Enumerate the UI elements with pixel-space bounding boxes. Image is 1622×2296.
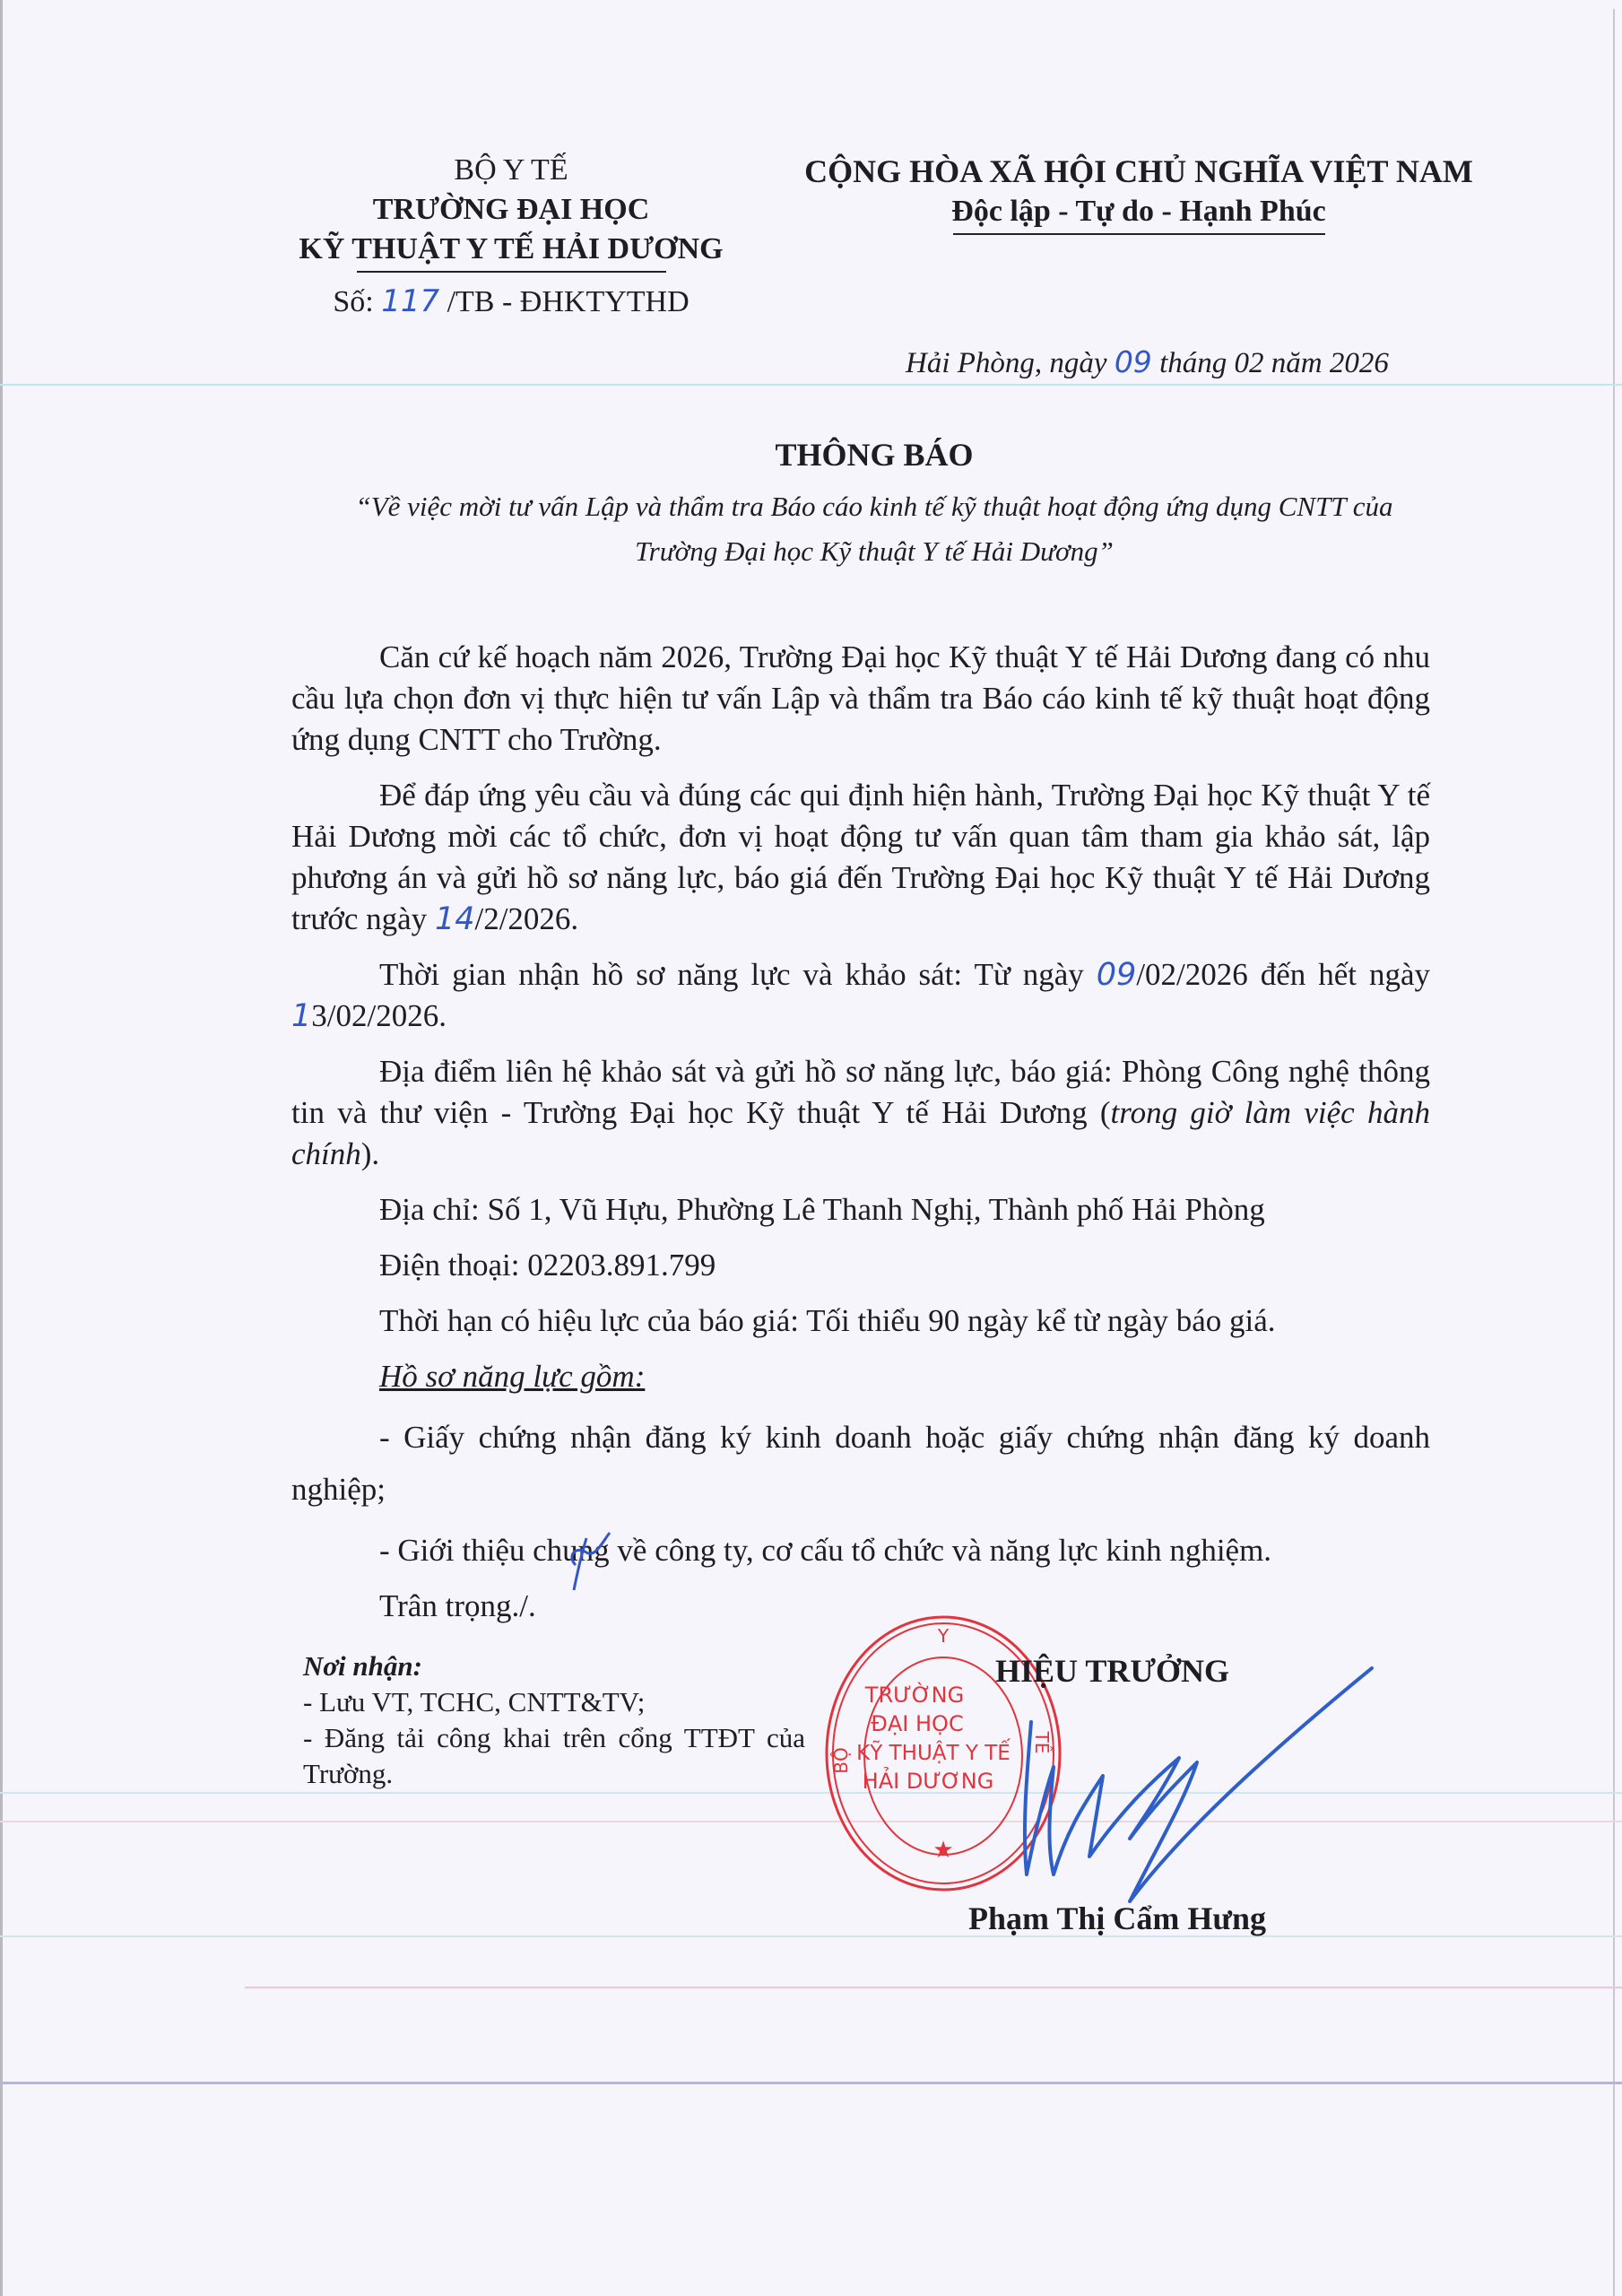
timeframe-prefix: Thời gian nhận hồ sơ năng lực và khảo sá… <box>379 957 1097 992</box>
document-title: THÔNG BÁO <box>269 436 1479 474</box>
dossier-item: - Giới thiệu chung về công ty, cơ cấu tổ… <box>291 1530 1430 1571</box>
national-header: CỘNG HÒA XÃ HỘI CHỦ NGHĨA VIỆT NAM Độc l… <box>780 151 1497 235</box>
paragraph-location: Địa điểm liên hệ khảo sát và gửi hồ sơ n… <box>291 1051 1430 1175</box>
scan-line <box>0 1935 1622 1937</box>
school-name-line2: KỸ THUẬT Y TẾ HẢI DƯƠNG <box>260 230 762 269</box>
address-line: Địa chỉ: Số 1, Vũ Hựu, Phường Lê Thanh N… <box>291 1189 1430 1231</box>
svg-text:BỘ: BỘ <box>830 1747 852 1773</box>
page-edge-right <box>1613 9 1615 2296</box>
date-suffix: tháng 02 năm 2026 <box>1152 347 1389 379</box>
document-subtitle: “Về việc mời tư vấn Lập và thẩm tra Báo … <box>269 484 1479 574</box>
paragraph-timeframe: Thời gian nhận hồ sơ năng lực và khảo sá… <box>291 954 1430 1037</box>
svg-text:HẢI DƯƠNG: HẢI DƯƠNG <box>863 1766 994 1794</box>
svg-text:TRƯỜNG: TRƯỜNG <box>864 1681 964 1708</box>
end-day-handwritten: 1 <box>291 998 311 1034</box>
date-prefix: Hải Phòng, ngày <box>906 347 1115 379</box>
signature-icon <box>1004 1650 1381 1910</box>
scan-line <box>245 1987 1622 1988</box>
date-day-handwritten: 09 <box>1115 344 1152 379</box>
timeframe-end: 3/02/2026. <box>311 998 447 1033</box>
recipient-item: - Đăng tải công khai trên cổng TTĐT của … <box>303 1720 805 1792</box>
location-end: ). <box>361 1136 379 1171</box>
document-body: Căn cứ kế hoạch năm 2026, Trường Đại học… <box>291 637 1430 1627</box>
subtitle-line2: Trường Đại học Kỹ thuật Y tế Hải Dương” <box>269 529 1479 574</box>
start-day-handwritten: 09 <box>1097 957 1137 993</box>
signatory-name: Phạm Thị Cẩm Hưng <box>968 1900 1266 1937</box>
svg-text:Y: Y <box>937 1625 950 1647</box>
deadline-rest: /2/2026. <box>474 901 578 936</box>
paragraph-basis: Căn cứ kế hoạch năm 2026, Trường Đại học… <box>291 637 1430 761</box>
recipients-block: Nơi nhận: - Lưu VT, TCHC, CNTT&TV; - Đăn… <box>303 1648 805 1792</box>
header-left-underline <box>357 271 666 273</box>
dossier-heading: Hồ sơ năng lực gồm: <box>291 1356 1430 1397</box>
paragraph-invitation: Để đáp ứng yêu cầu và đúng các qui định … <box>291 775 1430 940</box>
dossier-item: - Giấy chứng nhận đăng ký kinh doanh hoặ… <box>291 1412 1430 1516</box>
svg-text:ĐẠI HỌC: ĐẠI HỌC <box>871 1711 963 1736</box>
page-edge-left <box>0 0 3 2296</box>
doc-number-suffix: /TB - ĐHKTYTHD <box>439 285 690 318</box>
date-line: Hải Phòng, ngày 09 tháng 02 năm 2026 <box>906 344 1389 380</box>
nation-name: CỘNG HÒA XÃ HỘI CHỦ NGHĨA VIỆT NAM <box>780 151 1497 192</box>
phone-line: Điện thoại: 02203.891.799 <box>291 1245 1430 1286</box>
ministry-name: BỘ Y TẾ <box>260 151 762 190</box>
scan-line <box>0 2082 1622 2084</box>
recipient-item: - Lưu VT, TCHC, CNTT&TV; <box>303 1684 805 1720</box>
header-right-underline <box>953 233 1325 235</box>
subtitle-line1: “Về việc mời tư vấn Lập và thẩm tra Báo … <box>269 484 1479 529</box>
scan-line <box>0 384 1622 386</box>
document-number: Số: 117 /TB - ĐHKTYTHD <box>260 282 762 322</box>
doc-number-handwritten: 117 <box>381 283 439 319</box>
school-name-line1: TRƯỜNG ĐẠI HỌC <box>260 190 762 230</box>
doc-number-prefix: Số: <box>333 285 381 318</box>
svg-text:★: ★ <box>932 1837 953 1864</box>
national-motto: Độc lập - Tự do - Hạnh Phúc <box>780 192 1497 231</box>
issuer-header: BỘ Y TẾ TRƯỜNG ĐẠI HỌC KỸ THUẬT Y TẾ HẢI… <box>260 151 762 322</box>
validity-line: Thời hạn có hiệu lực của báo giá: Tối th… <box>291 1300 1430 1342</box>
timeframe-mid: /02/2026 đến hết ngày <box>1136 957 1430 992</box>
deadline-handwritten: 14 <box>435 901 475 937</box>
initial-mark-icon <box>565 1529 614 1592</box>
svg-text:KỸ THUẬT Y TẾ: KỸ THUẬT Y TẾ <box>856 1738 1010 1765</box>
dossier-heading-text: Hồ sơ năng lực gồm: <box>379 1359 645 1394</box>
recipients-title: Nơi nhận: <box>303 1648 805 1684</box>
